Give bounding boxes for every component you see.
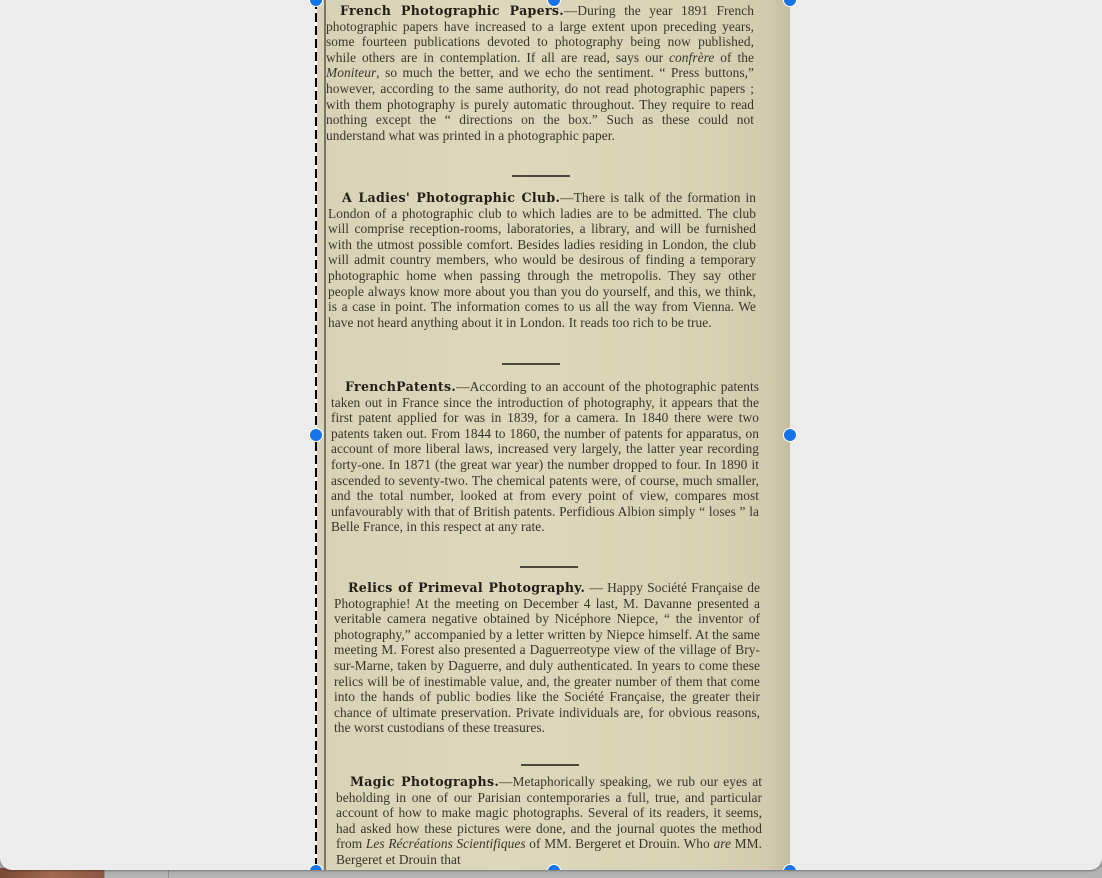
- article-paragraph: Relics of Primeval Photography. — Happy …: [334, 580, 760, 736]
- article-french-patents: FrenchPatents.—According to an account o…: [331, 379, 759, 535]
- section-divider: [512, 175, 570, 177]
- resize-handle-bottom-right[interactable]: [783, 864, 797, 870]
- article-heading: A Ladies' Photographic Club.: [342, 190, 560, 205]
- article-magic-photographs: Magic Photographs.—Metaphorically speaki…: [336, 774, 762, 868]
- section-divider: [521, 764, 579, 766]
- article-paragraph: A Ladies' Photographic Club.—There is ta…: [328, 190, 756, 330]
- resize-handle-middle-left[interactable]: [309, 428, 323, 442]
- image-canvas: French Photographic Papers.—During the y…: [0, 0, 1102, 870]
- article-heading: French Photographic Papers.: [340, 3, 564, 18]
- article-paragraph: French Photographic Papers.—During the y…: [326, 3, 754, 143]
- article-paragraph: FrenchPatents.—According to an account o…: [331, 379, 759, 535]
- article-french-photographic-papers: French Photographic Papers.—During the y…: [326, 3, 754, 143]
- section-divider: [502, 363, 560, 365]
- article-relics-of-primeval-photography: Relics of Primeval Photography. — Happy …: [334, 580, 760, 736]
- article-heading: Magic Photographs.: [350, 774, 499, 789]
- article-ladies-photographic-club: A Ladies' Photographic Club.—There is ta…: [328, 190, 756, 330]
- article-heading: Relics of Primeval Photography.: [348, 580, 585, 595]
- section-divider: [520, 566, 578, 568]
- article-paragraph: Magic Photographs.—Metaphorically speaki…: [336, 774, 762, 868]
- resize-handle-middle-right[interactable]: [783, 428, 797, 442]
- article-heading: FrenchPatents.: [345, 379, 456, 394]
